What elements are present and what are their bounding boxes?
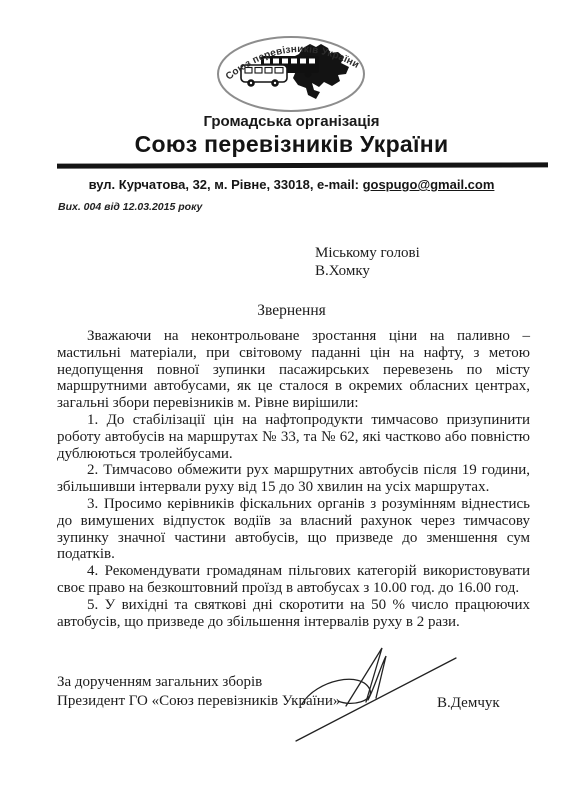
list-item: 3. Просимо керівників фіскальних органів… xyxy=(57,496,530,563)
list-item: 1. До стабілізації цін на нафтопродукти … xyxy=(57,412,530,462)
intro-paragraph: Зважаючи на неконтрольоване зростання ці… xyxy=(57,328,530,412)
signatory-name: В.Демчук xyxy=(437,695,500,712)
outgoing-ref-line: Вих. 004 від 12.03.2015 року xyxy=(58,201,202,213)
email-link: gospugo@gmail.com xyxy=(363,177,495,192)
scanned-letter-page: Союз перевізників України Громадська орг… xyxy=(0,0,583,803)
org-name-title: Союз перевізників України xyxy=(0,131,583,158)
org-logo: Союз перевізників України xyxy=(211,22,381,118)
letterhead-divider xyxy=(57,162,548,168)
list-item: 4. Рекомендувати громадянам пільгових ка… xyxy=(57,563,530,597)
recipient-position: Міському голові xyxy=(315,244,420,262)
recipient-name: В.Хомку xyxy=(315,262,420,280)
document-title: Звернення xyxy=(0,302,583,320)
letter-body: Зважаючи на неконтрольоване зростання ці… xyxy=(57,328,530,630)
org-type-label: Громадська організація xyxy=(0,113,583,130)
list-item: 2. Тимчасово обмежити рух маршрутних авт… xyxy=(57,462,530,496)
recipient-block: Міському голові В.Хомку xyxy=(315,244,420,280)
address-line: вул. Курчатова, 32, м. Рівне, 33018, e-m… xyxy=(0,177,583,192)
address-text: вул. Курчатова, 32, м. Рівне, 33018, e-m… xyxy=(89,177,363,192)
list-item: 5. У вихідні та святкові дні скоротити н… xyxy=(57,597,530,631)
